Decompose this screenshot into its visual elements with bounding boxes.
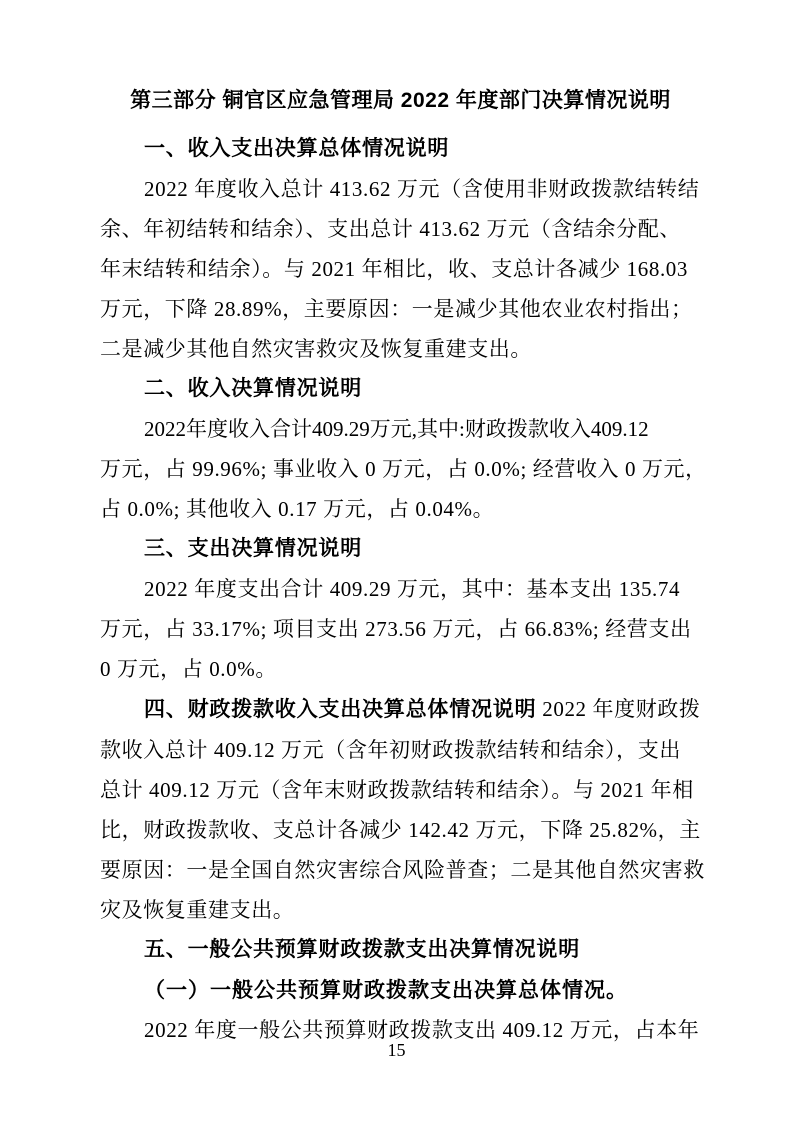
paragraph-line: 0 万元，占 0.0%。 [100, 649, 701, 689]
paragraph-line: 款收入总计 409.12 万元（含年初财政拨款结转和结余），支出 [100, 730, 701, 770]
section-3-heading: 三、支出决算情况说明 [100, 529, 701, 569]
section-2-heading: 二、收入决算情况说明 [100, 369, 701, 409]
paragraph-line: 二是减少其他自然灾害救灾及恢复重建支出。 [100, 329, 701, 369]
page-number: 15 [0, 1040, 793, 1060]
paragraph-line: 年末结转和结余）。与 2021 年相比，收、支总计各减少 168.03 [100, 249, 701, 289]
paragraph-line: 要原因：一是全国自然灾害综合风险普查；二是其他自然灾害救 [100, 850, 701, 890]
paragraph-line: 总计 409.12 万元（含年末财政拨款结转和结余）。与 2021 年相 [100, 770, 701, 810]
section-1-heading: 一、收入支出决算总体情况说明 [100, 129, 701, 169]
document-title: 第三部分 铜官区应急管理局 2022 年度部门决算情况说明 [100, 81, 701, 121]
paragraph-line: 万元，下降 28.89%，主要原因：一是减少其他农业农村指出； [100, 289, 701, 329]
section-5-heading: 五、一般公共预算财政拨款支出决算情况说明 [100, 930, 701, 970]
paragraph-line: 万元，占 33.17%; 项目支出 273.56 万元，占 66.83%; 经营… [100, 609, 701, 649]
paragraph-line: 余、年初结转和结余）、支出总计 413.62 万元（含结余分配、 [100, 209, 701, 249]
section-4-heading: 四、财政拨款收入支出决算总体情况说明 [144, 698, 536, 721]
section-5-sub-heading: （一）一般公共预算财政拨款支出决算总体情况。 [100, 970, 701, 1010]
paragraph-line: 占 0.0%; 其他收入 0.17 万元，占 0.04%。 [100, 489, 701, 529]
section-4-first-line: 四、财政拨款收入支出决算总体情况说明 2022 年度财政拨 [100, 689, 701, 730]
paragraph-line: 2022 年度财政拨 [536, 697, 700, 721]
paragraph-line: 2022 年度收入总计 413.62 万元（含使用非财政拨款结转结 [100, 169, 701, 209]
paragraph-line: 万元，占 99.96%; 事业收入 0 万元，占 0.0%; 经营收入 0 万元… [100, 449, 701, 489]
paragraph-line: 比，财政拨款收、支总计各减少 142.42 万元，下降 25.82%，主 [100, 810, 701, 850]
document-page: 第三部分 铜官区应急管理局 2022 年度部门决算情况说明 一、收入支出决算总体… [0, 0, 793, 1122]
paragraph-line: 灾及恢复重建支出。 [100, 890, 701, 930]
paragraph-line: 2022 年度支出合计 409.29 万元，其中：基本支出 135.74 [100, 569, 701, 609]
paragraph-line: 2022年度收入合计409.29万元,其中:财政拨款收入409.12 [100, 409, 701, 449]
